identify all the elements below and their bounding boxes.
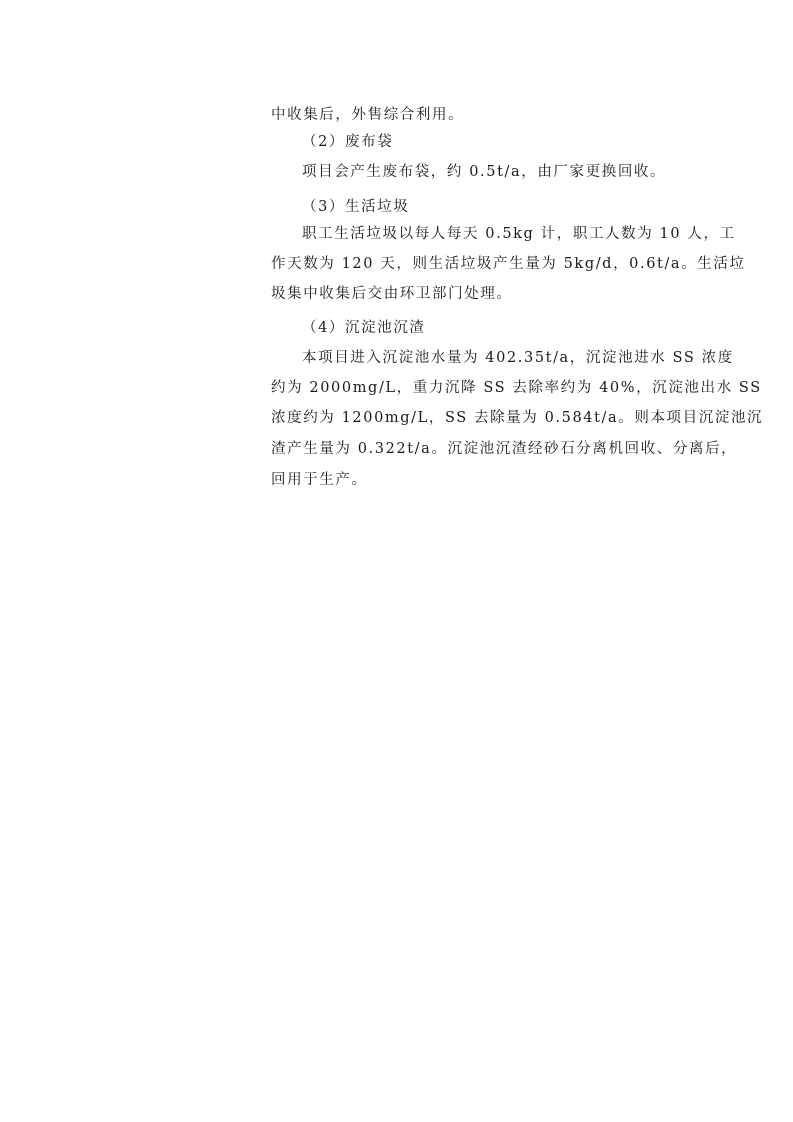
paragraph-sediment-line-3: 浓度约为 1200mg/L，SS 去除量为 0.584t/a。则本项目沉淀池沉	[271, 403, 763, 433]
paragraph-continuation-line: 中收集后，外售综合利用。	[271, 100, 464, 130]
paragraph-sediment-line-2: 约为 2000mg/L，重力沉降 SS 去除率约为 40%，沉淀池出水 SS	[271, 373, 762, 403]
section-heading-sediment-sludge: （4）沉淀池沉渣	[302, 313, 426, 343]
paragraph-sediment-line-4: 渣产生量为 0.322t/a。沉淀池沉渣经砂石分离机回收、分离后，	[271, 434, 737, 464]
section-heading-waste-bags: （2）废布袋	[302, 127, 393, 157]
document-page: 中收集后，外售综合利用。 （2）废布袋 项目会产生废布袋，约 0.5t/a，由厂…	[0, 0, 793, 1122]
paragraph-domestic-garbage-line-2: 作天数为 120 天，则生活垃圾产生量为 5kg/d，0.6t/a。生活垃	[271, 249, 746, 279]
section-heading-domestic-garbage: （3）生活垃圾	[302, 192, 409, 222]
paragraph-waste-bags: 项目会产生废布袋，约 0.5t/a，由厂家更换回收。	[302, 157, 666, 187]
paragraph-domestic-garbage-line-1: 职工生活垃圾以每人每天 0.5kg 计，职工人数为 10 人，工	[302, 219, 736, 249]
paragraph-sediment-line-5: 回用于生产。	[271, 465, 368, 495]
paragraph-domestic-garbage-line-3: 圾集中收集后交由环卫部门处理。	[271, 279, 513, 309]
paragraph-sediment-line-1: 本项目进入沉淀池水量为 402.35t/a，沉淀池进水 SS 浓度	[302, 343, 734, 373]
